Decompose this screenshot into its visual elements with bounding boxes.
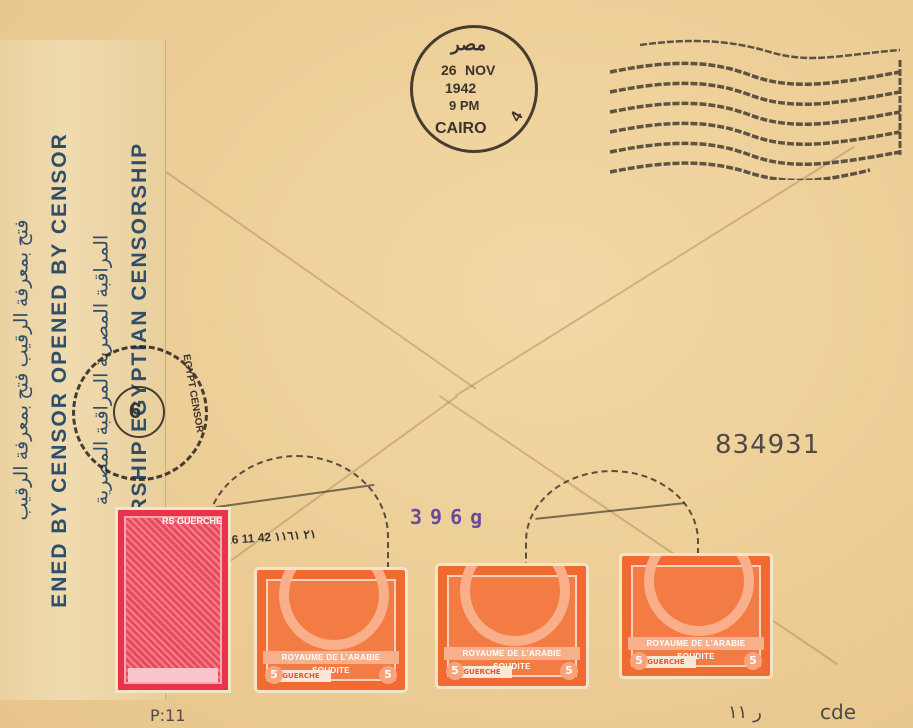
censor-handstamp-inner-ring: 6 [113, 386, 165, 438]
postmark-time: 9 PM [449, 98, 479, 113]
registration-number: 396g [410, 505, 490, 529]
censor-handstamp-text: EGYPT CENSOR [180, 353, 205, 433]
postmark-office: 4 [507, 109, 527, 126]
censor-number: 6 [129, 398, 141, 424]
machine-cancel-wavy-lines [600, 30, 905, 180]
stamp-red-design [124, 516, 222, 684]
stamp-orange-2: ROYAUME DE L'ARABIE SOUDITE GUERCHE 5 5 [438, 566, 586, 686]
tape-col-1: فتح بمعرفة الرقيب فتح بمعرفة الرقيب [2, 40, 42, 700]
pencil-number: 834931 [715, 430, 820, 460]
postmark-city: CAIRO [435, 120, 487, 138]
postmark-month: NOV [465, 62, 495, 78]
envelope-back: مصر 26 NOV 1942 9 PM CAIRO 4 فتح بمعرفة … [0, 0, 913, 728]
stamp-value-left: 5 [265, 666, 283, 684]
stamp-orange-1: ROYAUME DE L'ARABIE SOUDITE GUERCHE 5 5 [257, 570, 405, 690]
stamp-value-right: 5 [560, 662, 578, 680]
pencil-note-bottom-right-b: cde [820, 700, 856, 724]
postmark-year: 1942 [445, 80, 476, 96]
stamp-country: ROYAUME DE L'ARABIE SOUDITE [263, 651, 399, 664]
stamp-value-left: 5 [630, 652, 648, 670]
flap-fold-left [164, 170, 476, 389]
tape-arabic-line-1: فتح بمعرفة الرقيب فتح بمعرفة الرقيب [11, 220, 34, 521]
postmark-day: 26 [441, 62, 457, 78]
pencil-note-bottom-left: P:11 [150, 706, 185, 725]
stamp-red-label: RS GUERCHE [128, 516, 222, 526]
tape-col-2: ENED BY CENSOR OPENED BY CENSOR [40, 40, 80, 700]
stamp-red: RS GUERCHE [118, 510, 228, 690]
stamp-value-left: 5 [446, 662, 464, 680]
tape-english-line-1: ENED BY CENSOR OPENED BY CENSOR [48, 132, 72, 607]
postmark-arabic-top: مصر [451, 34, 486, 55]
stamp-red-arabic-panel [128, 668, 218, 682]
flap-fold-right [455, 146, 854, 396]
stamp-country: ROYAUME DE L'ARABIE SOUDITE [628, 637, 764, 650]
stamp-value-right: 5 [379, 666, 397, 684]
censor-handstamp: 6 EGYPT CENSOR [72, 345, 208, 481]
stamp-country: ROYAUME DE L'ARABIE SOUDITE [444, 647, 580, 660]
stamp-orange-3: ROYAUME DE L'ARABIE SOUDITE GUERCHE 5 5 [622, 556, 770, 676]
cairo-postmark: مصر 26 NOV 1942 9 PM CAIRO 4 [410, 25, 538, 153]
pencil-note-bottom-right-a: ر ١١ [728, 702, 762, 723]
stamp-value-right: 5 [744, 652, 762, 670]
